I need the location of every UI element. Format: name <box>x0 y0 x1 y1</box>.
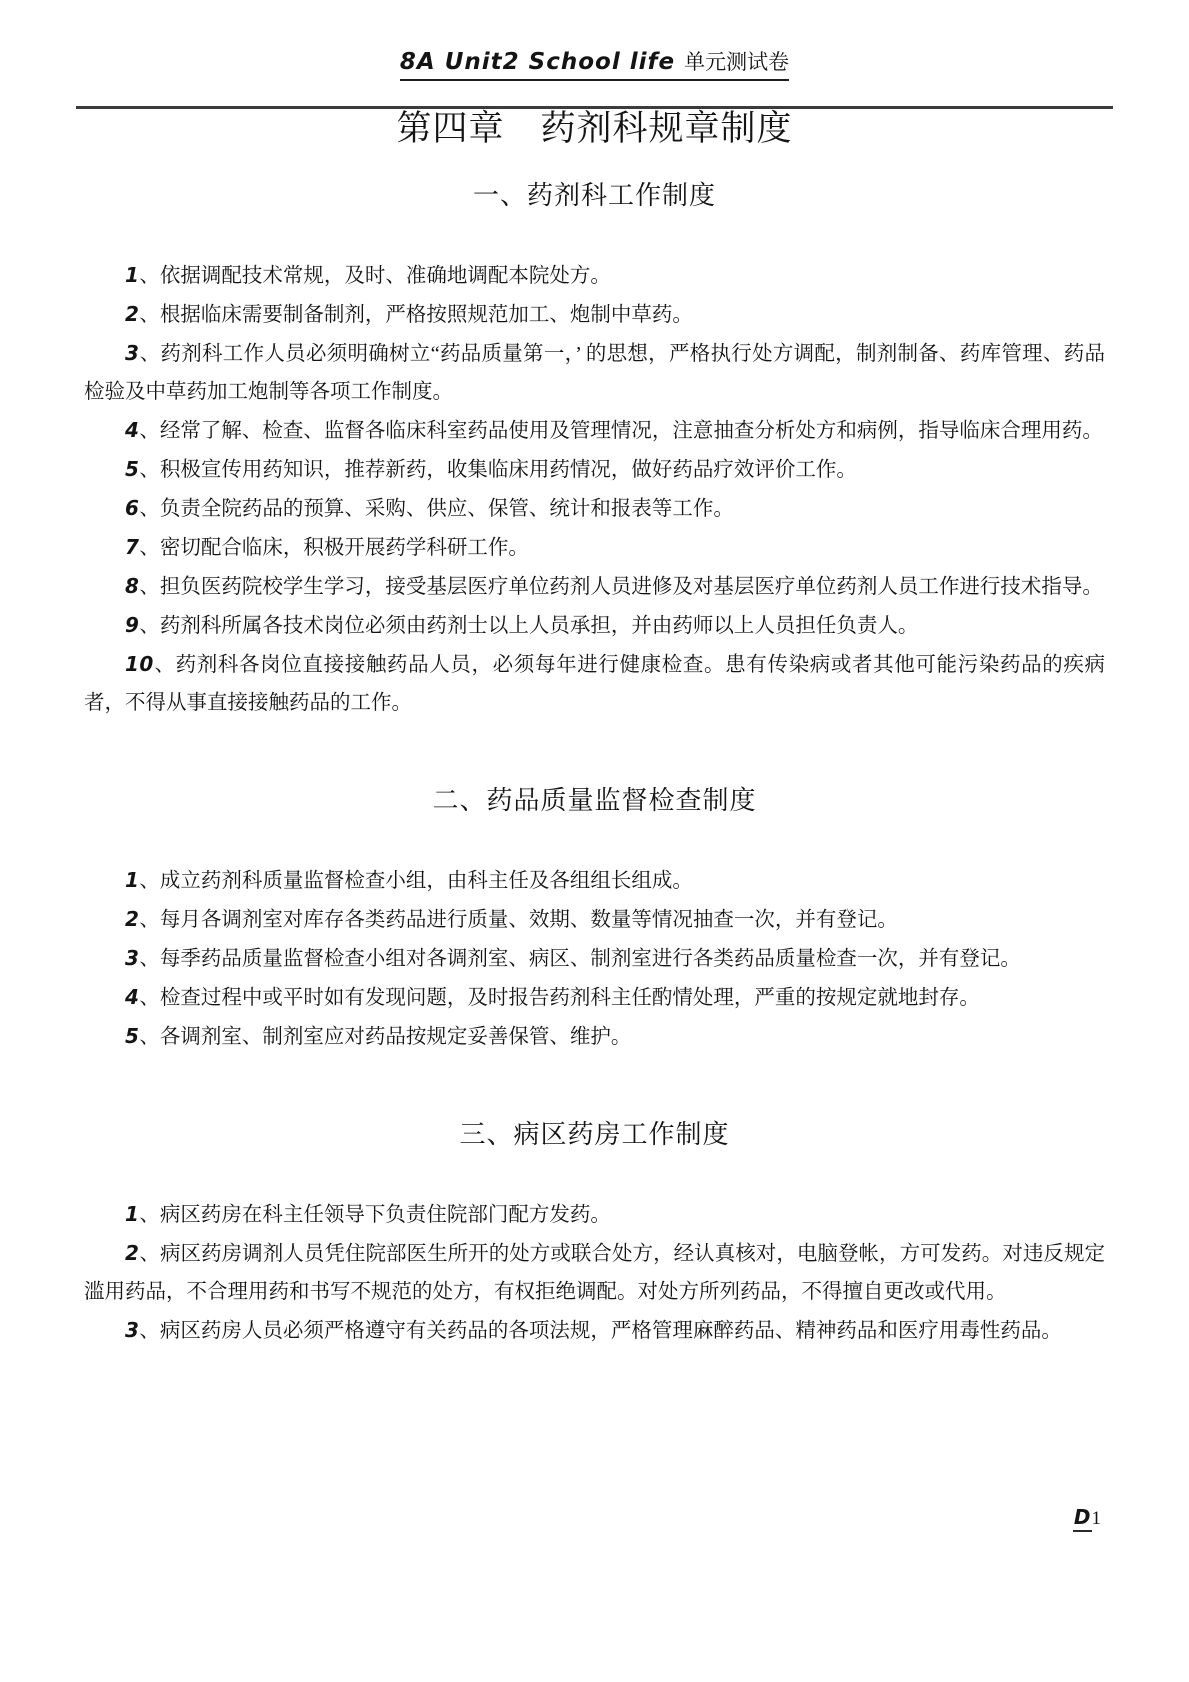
item-number: 5 <box>125 457 139 481</box>
item-text: 、各调剂室、制剂室应对药品按规定妥善保管、维护。 <box>139 1026 631 1048</box>
list-item: 8、担负医药院校学生学习，接受基层医疗单位药剂人员进修及对基层医疗单位药剂人员工… <box>84 567 1105 606</box>
item-text: 、经常了解、检查、监督各临床科室药品使用及管理情况，注意抽查分析处方和病例，指导… <box>139 420 1103 442</box>
page-footer: D1 <box>1073 1505 1101 1530</box>
item-text: 、药剂科各岗位直接接触药品人员，必须每年进行健康检查。患有传染病或者其他可能污染… <box>84 654 1105 714</box>
list-item: 2、根据临床需要制备制剂，严格按照规范加工、炮制中草药。 <box>84 295 1105 334</box>
list-item: 3、每季药品质量监督检查小组对各调剂室、病区、制剂室进行各类药品质量检查一次，并… <box>84 939 1105 978</box>
list-item: 7、密切配合临床，积极开展药学科研工作。 <box>84 528 1105 567</box>
list-item: 1、病区药房在科主任领导下负责住院部门配方发药。 <box>84 1195 1105 1234</box>
section-heading: 一、药剂科工作制度 <box>84 175 1105 212</box>
list-item: 3、药剂科工作人员必须明确树立“药品质量第一，’ 的思想，严格执行处方调配，制剂… <box>84 334 1105 411</box>
list-item: 5、各调剂室、制剂室应对药品按规定妥善保管、维护。 <box>84 1017 1105 1056</box>
item-text: 、担负医药院校学生学习，接受基层医疗单位药剂人员进修及对基层医疗单位药剂人员工作… <box>139 576 1103 598</box>
header-course-title: 8A Unit2 School life <box>400 49 675 75</box>
item-text: 、药剂科所属各技术岗位必须由药剂士以上人员承担，并由药师以上人员担任负责人。 <box>139 615 918 637</box>
item-number: 6 <box>125 496 139 520</box>
list-item: 1、成立药剂科质量监督检查小组，由科主任及各组组长组成。 <box>84 861 1105 900</box>
list-item: 4、检查过程中或平时如有发现问题，及时报告药剂科主任酌情处理，严重的按规定就地封… <box>84 978 1105 1017</box>
footer-page-prefix: D <box>1073 1505 1092 1532</box>
item-text: 、每季药品质量监督检查小组对各调剂室、病区、制剂室进行各类药品质量检查一次，并有… <box>139 948 1021 970</box>
document-page: 8A Unit2 School life单元测试卷 第四章 药剂科规章制度 一、… <box>0 0 1189 1682</box>
item-number: 1 <box>125 263 139 287</box>
item-number: 2 <box>125 907 139 931</box>
item-text: 、负责全院药品的预算、采购、供应、保管、统计和报表等工作。 <box>139 498 734 520</box>
item-number: 3 <box>125 341 139 365</box>
list-item: 9、药剂科所属各技术岗位必须由药剂士以上人员承担，并由药师以上人员担任负责人。 <box>84 606 1105 645</box>
section-heading: 二、药品质量监督检查制度 <box>84 780 1105 817</box>
item-number: 9 <box>125 613 139 637</box>
item-number: 3 <box>125 946 139 970</box>
item-text: 、病区药房人员必须严格遵守有关药品的各项法规，严格管理麻醉药品、精神药品和医疗用… <box>139 1320 1062 1342</box>
header-subtitle: 单元测试卷 <box>684 50 789 74</box>
item-number: 1 <box>125 1202 139 1226</box>
page-header: 8A Unit2 School life单元测试卷 <box>84 46 1105 81</box>
item-text: 、成立药剂科质量监督检查小组，由科主任及各组组长组成。 <box>139 870 693 892</box>
item-text: 、药剂科工作人员必须明确树立“药品质量第一，’ 的思想，严格执行处方调配，制剂制… <box>84 343 1105 403</box>
item-number: 8 <box>125 574 139 598</box>
list-item: 1、依据调配技术常规，及时、准确地调配本院处方。 <box>84 256 1105 295</box>
document-title: 第四章 药剂科规章制度 <box>84 110 1105 149</box>
item-number: 3 <box>125 1318 139 1342</box>
item-text: 、检查过程中或平时如有发现问题，及时报告药剂科主任酌情处理，严重的按规定就地封存… <box>139 987 980 1009</box>
item-number: 1 <box>125 868 139 892</box>
item-text: 、病区药房调剂人员凭住院部医生所开的处方或联合处方，经认真核对，电脑登帐，方可发… <box>84 1243 1105 1303</box>
item-number: 7 <box>125 535 139 559</box>
list-item: 6、负责全院药品的预算、采购、供应、保管、统计和报表等工作。 <box>84 489 1105 528</box>
item-number: 2 <box>125 1241 139 1265</box>
list-item: 4、经常了解、检查、监督各临床科室药品使用及管理情况，注意抽查分析处方和病例，指… <box>84 411 1105 450</box>
item-text: 、积极宣传用药知识，推荐新药，收集临床用药情况，做好药品疗效评价工作。 <box>139 459 857 481</box>
item-text: 、根据临床需要制备制剂，严格按照规范加工、炮制中草药。 <box>139 304 693 326</box>
list-item: 10、药剂科各岗位直接接触药品人员，必须每年进行健康检查。患有传染病或者其他可能… <box>84 645 1105 722</box>
header-underlined-text: 8A Unit2 School life单元测试卷 <box>400 46 789 81</box>
item-number: 10 <box>125 652 154 676</box>
footer-page-number: 1 <box>1092 1508 1102 1529</box>
item-text: 、密切配合临床，积极开展药学科研工作。 <box>139 537 529 559</box>
list-item: 2、病区药房调剂人员凭住院部医生所开的处方或联合处方，经认真核对，电脑登帐，方可… <box>84 1234 1105 1311</box>
item-text: 、病区药房在科主任领导下负责住院部门配方发药。 <box>139 1204 611 1226</box>
list-item: 3、病区药房人员必须严格遵守有关药品的各项法规，严格管理麻醉药品、精神药品和医疗… <box>84 1311 1105 1350</box>
item-number: 4 <box>125 985 139 1009</box>
item-number: 2 <box>125 302 139 326</box>
document-body: 一、药剂科工作制度1、依据调配技术常规，及时、准确地调配本院处方。2、根据临床需… <box>84 175 1105 1350</box>
item-text: 、每月各调剂室对库存各类药品进行质量、效期、数量等情况抽查一次，并有登记。 <box>139 909 898 931</box>
section-heading: 三、病区药房工作制度 <box>84 1114 1105 1151</box>
item-text: 、依据调配技术常规，及时、准确地调配本院处方。 <box>139 265 611 287</box>
list-item: 2、每月各调剂室对库存各类药品进行质量、效期、数量等情况抽查一次，并有登记。 <box>84 900 1105 939</box>
item-number: 5 <box>125 1024 139 1048</box>
item-number: 4 <box>125 418 139 442</box>
list-item: 5、积极宣传用药知识，推荐新药，收集临床用药情况，做好药品疗效评价工作。 <box>84 450 1105 489</box>
